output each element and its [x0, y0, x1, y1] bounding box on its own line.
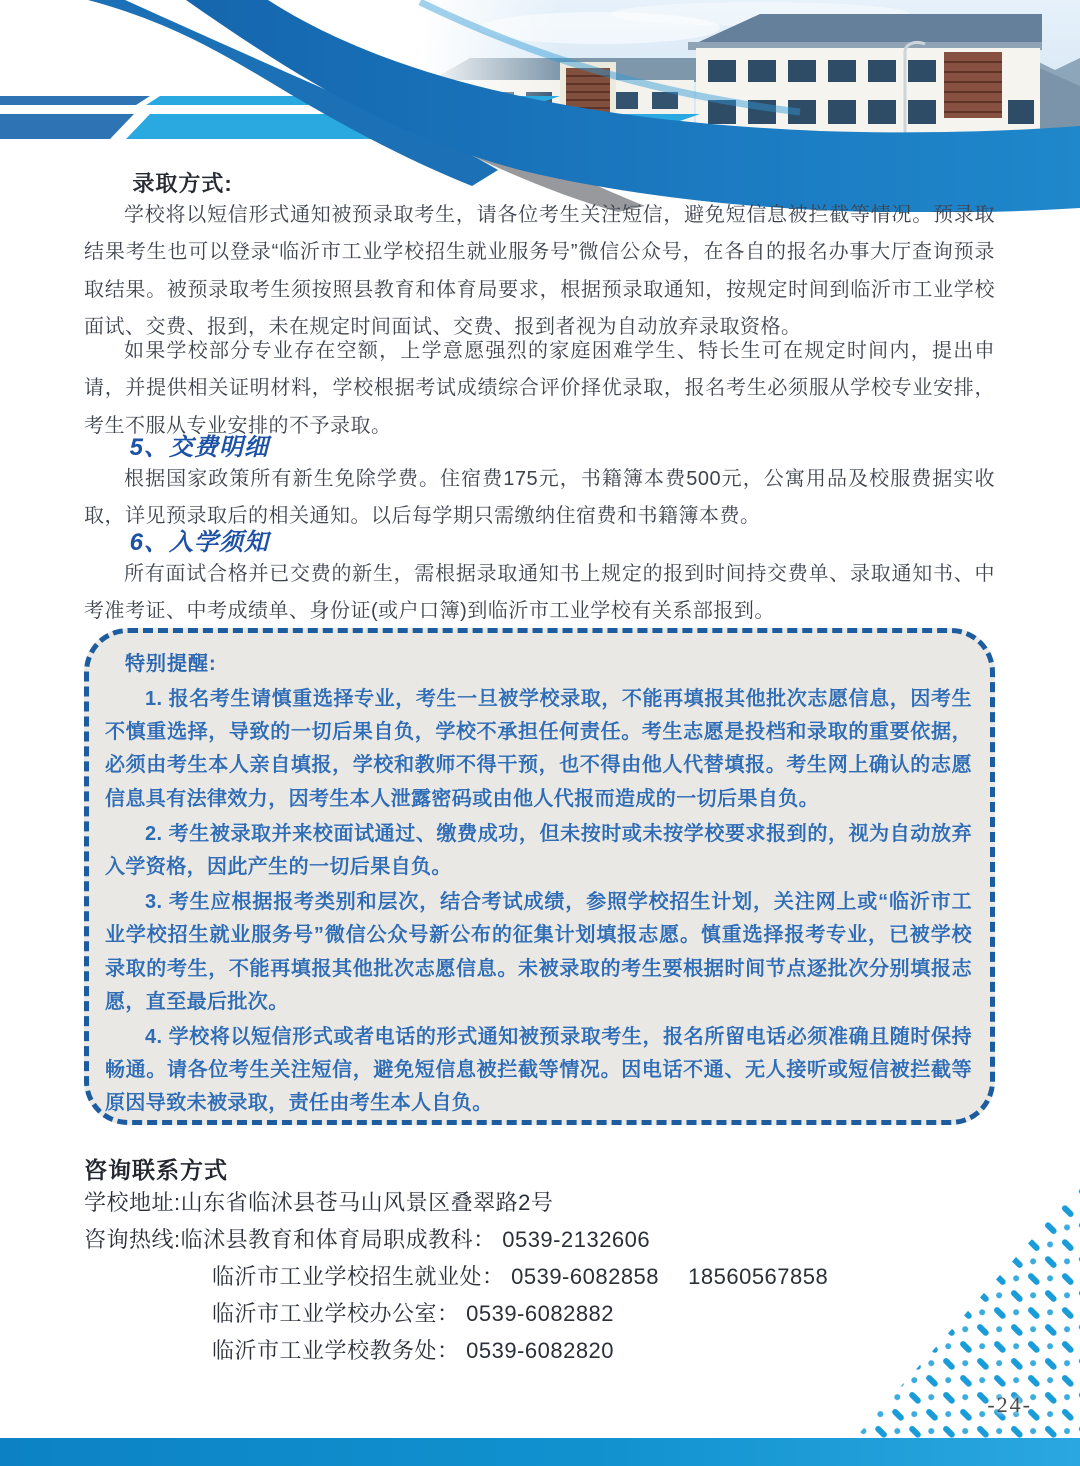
bottom-bar: [0, 1438, 1080, 1466]
fees-paragraph: 根据国家政策所有新生免除学费。住宿费175元，书籍簿本费500元，公寓用品及校服…: [84, 461, 995, 536]
reminder-item-1: 1. 报名考生请慎重选择专业，考生一旦被学校录取，不能再填报其他批次志愿信息，因…: [105, 683, 972, 816]
enrollment-paragraph: 所有面试合格并已交费的新生，需根据录取通知书上规定的报到时间持交费单、录取通知书…: [84, 556, 995, 631]
special-reminder-title: 特别提醒:: [105, 647, 972, 681]
admission-paragraph-2: 如果学校部分专业存在空额，上学意愿强烈的家庭困难学生、特长生可在规定时间内，提出…: [84, 333, 995, 445]
admission-paragraph-1: 学校将以短信形式通知被预录取考生，请各位考生关注短信，避免短信息被拦截等情况。预…: [84, 197, 995, 347]
contact-section-title: 咨询联系方式: [84, 1152, 995, 1185]
page-number: -24-: [987, 1392, 1032, 1418]
admission-method-title: 录取方式:: [84, 170, 995, 198]
reminder-item-2: 2. 考生被录取并来校面试通过、缴费成功，但未按时或未按学校要求报到的，视为自动…: [105, 818, 972, 884]
reminder-item-4: 4. 学校将以短信形式或者电话的形式通知被预录取考生，报名所留电话必须准确且随时…: [105, 1021, 972, 1121]
halftone-pattern: [845, 1185, 1080, 1438]
enrollment-section-title: 6、入学须知: [84, 527, 995, 559]
reminder-item-3: 3. 考生应根据报考类别和层次，结合考试成绩，参照学校招生计划，关注网上或“临沂…: [105, 886, 972, 1019]
brochure-page: 录取方式: 学校将以短信形式通知被预录取考生，请各位考生关注短信，避免短信息被拦…: [0, 0, 1080, 1466]
special-reminder-box: 特别提醒: 1. 报名考生请慎重选择专业，考生一旦被学校录取，不能再填报其他批次…: [84, 628, 995, 1125]
fees-section-title: 5、交费明细: [84, 432, 995, 464]
